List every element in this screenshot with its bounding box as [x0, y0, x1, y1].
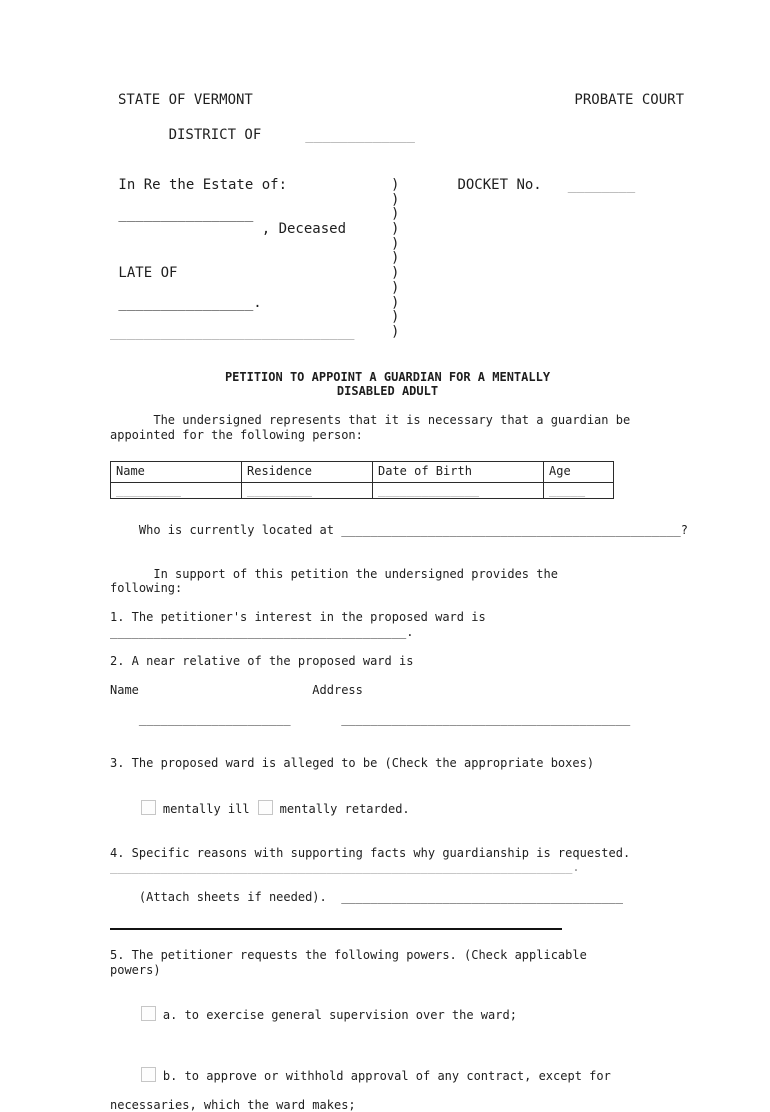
paren-divider: )	[391, 325, 399, 340]
table-row: _________ _________ ______________ _____	[111, 483, 614, 499]
paren-divider: )	[391, 251, 399, 266]
caption-row: , Deceased)	[110, 222, 710, 237]
ward-info-table: Name Residence Date of Birth Age _______…	[110, 461, 614, 500]
court-title: PROBATE COURT	[574, 92, 684, 110]
table-header-row: Name Residence Date of Birth Age	[111, 461, 614, 483]
caption-row: _____________________________)	[110, 325, 710, 340]
case-caption: In Re the Estate of:)DOCKET No.________ …	[110, 178, 710, 340]
docket-label: DOCKET No.	[457, 177, 541, 193]
paren-divider: )	[391, 296, 399, 311]
caption-row: In Re the Estate of:)DOCKET No.________	[110, 178, 710, 193]
item3-text: 3. The proposed ward is alleged to be (C…	[110, 756, 710, 771]
intro-paragraph: The undersigned represents that it is ne…	[110, 413, 710, 442]
caption-row: ________________.)	[110, 296, 710, 311]
power-a-label: a. to exercise general supervision over …	[163, 1008, 517, 1022]
power-a-checkbox[interactable]	[141, 1006, 156, 1021]
petitioner-interest-field[interactable]: ________________________________________…	[110, 625, 710, 640]
bold-rule	[110, 928, 562, 930]
late-of-field[interactable]: ________________.	[110, 296, 391, 311]
caption-row: )	[110, 281, 710, 296]
attach-sheets-field[interactable]: _______________________________________	[341, 890, 623, 904]
who-located-line: Who is currently located at ____________…	[110, 508, 710, 552]
caption-row: )	[110, 310, 710, 325]
who-located-field[interactable]: ________________________________________…	[341, 523, 681, 537]
caption-row: LATE OF)	[110, 266, 710, 281]
caption-row: )	[110, 237, 710, 252]
docket-number-field[interactable]: ________	[568, 177, 635, 193]
column-header-name: Name	[111, 461, 242, 483]
mentally-ill-label: mentally ill	[163, 802, 250, 816]
relative-fields-line: _____________________ __________________…	[110, 698, 710, 742]
caption-row: )	[110, 193, 710, 208]
paren-divider: )	[391, 193, 399, 208]
bold-rule-line	[110, 919, 710, 934]
attach-sheets-line: (Attach sheets if needed). _____________…	[110, 875, 710, 919]
caption-row: )	[110, 251, 710, 266]
mentally-ill-checkbox[interactable]	[141, 800, 156, 815]
caption-row: ________________)	[110, 207, 710, 222]
column-header-age: Age	[544, 461, 614, 483]
mentally-retarded-checkbox[interactable]	[258, 800, 273, 815]
ward-dob-field[interactable]: ______________	[378, 483, 479, 497]
district-label: DISTRICT OF	[169, 127, 262, 143]
support-paragraph: In support of this petition the undersig…	[110, 567, 710, 596]
court-header: STATE OF VERMONT PROBATE COURT DISTRICT …	[110, 92, 684, 162]
relative-address-field[interactable]: ________________________________________	[341, 712, 630, 726]
paren-divider: )	[391, 178, 399, 193]
paren-divider: )	[391, 237, 399, 252]
paren-divider: )	[391, 281, 399, 296]
column-header-dob: Date of Birth	[373, 461, 544, 483]
paren-divider: )	[391, 266, 399, 281]
state-title: STATE OF VERMONT	[118, 92, 253, 110]
form-title: PETITION TO APPOINT A GUARDIAN FOR A MEN…	[110, 370, 710, 399]
item5-text: 5. The petitioner requests the following…	[110, 948, 710, 977]
estate-name-field[interactable]: ________________	[110, 207, 391, 222]
attach-sheets-label: (Attach sheets if needed).	[139, 890, 341, 904]
who-located-label: Who is currently located at	[139, 523, 341, 537]
ward-residence-field[interactable]: _________	[247, 483, 312, 497]
item2-text: 2. A near relative of the proposed ward …	[110, 654, 710, 669]
relative-name-field[interactable]: _____________________	[139, 712, 291, 726]
paren-divider: )	[391, 222, 399, 237]
caption-bottom-line-field[interactable]: _____________________________	[110, 325, 391, 340]
paren-divider: )	[391, 310, 399, 325]
relative-labels: Name Address	[110, 683, 710, 698]
late-of-label: LATE OF	[110, 266, 391, 281]
specific-reasons-field[interactable]: ________________________________________…	[110, 860, 710, 875]
deceased-label: , Deceased	[110, 222, 391, 237]
estate-caption-label: In Re the Estate of:	[110, 178, 391, 193]
mental-status-options: mentally illmentally retarded.	[110, 785, 710, 831]
item4-text: 4. Specific reasons with supporting fact…	[110, 846, 710, 861]
ward-age-field[interactable]: _____	[549, 483, 585, 497]
probate-form-document: STATE OF VERMONT PROBATE COURT DISTRICT …	[110, 0, 710, 1024]
paren-divider: )	[391, 207, 399, 222]
ward-name-field[interactable]: _________	[116, 483, 181, 497]
item1-text: 1. The petitioner's interest in the prop…	[110, 610, 710, 625]
column-header-residence: Residence	[242, 461, 373, 483]
district-field[interactable]: _____________	[305, 127, 415, 143]
power-a-line: a. to exercise general supervision over …	[110, 992, 710, 1024]
mentally-retarded-label: mentally retarded.	[280, 802, 410, 816]
